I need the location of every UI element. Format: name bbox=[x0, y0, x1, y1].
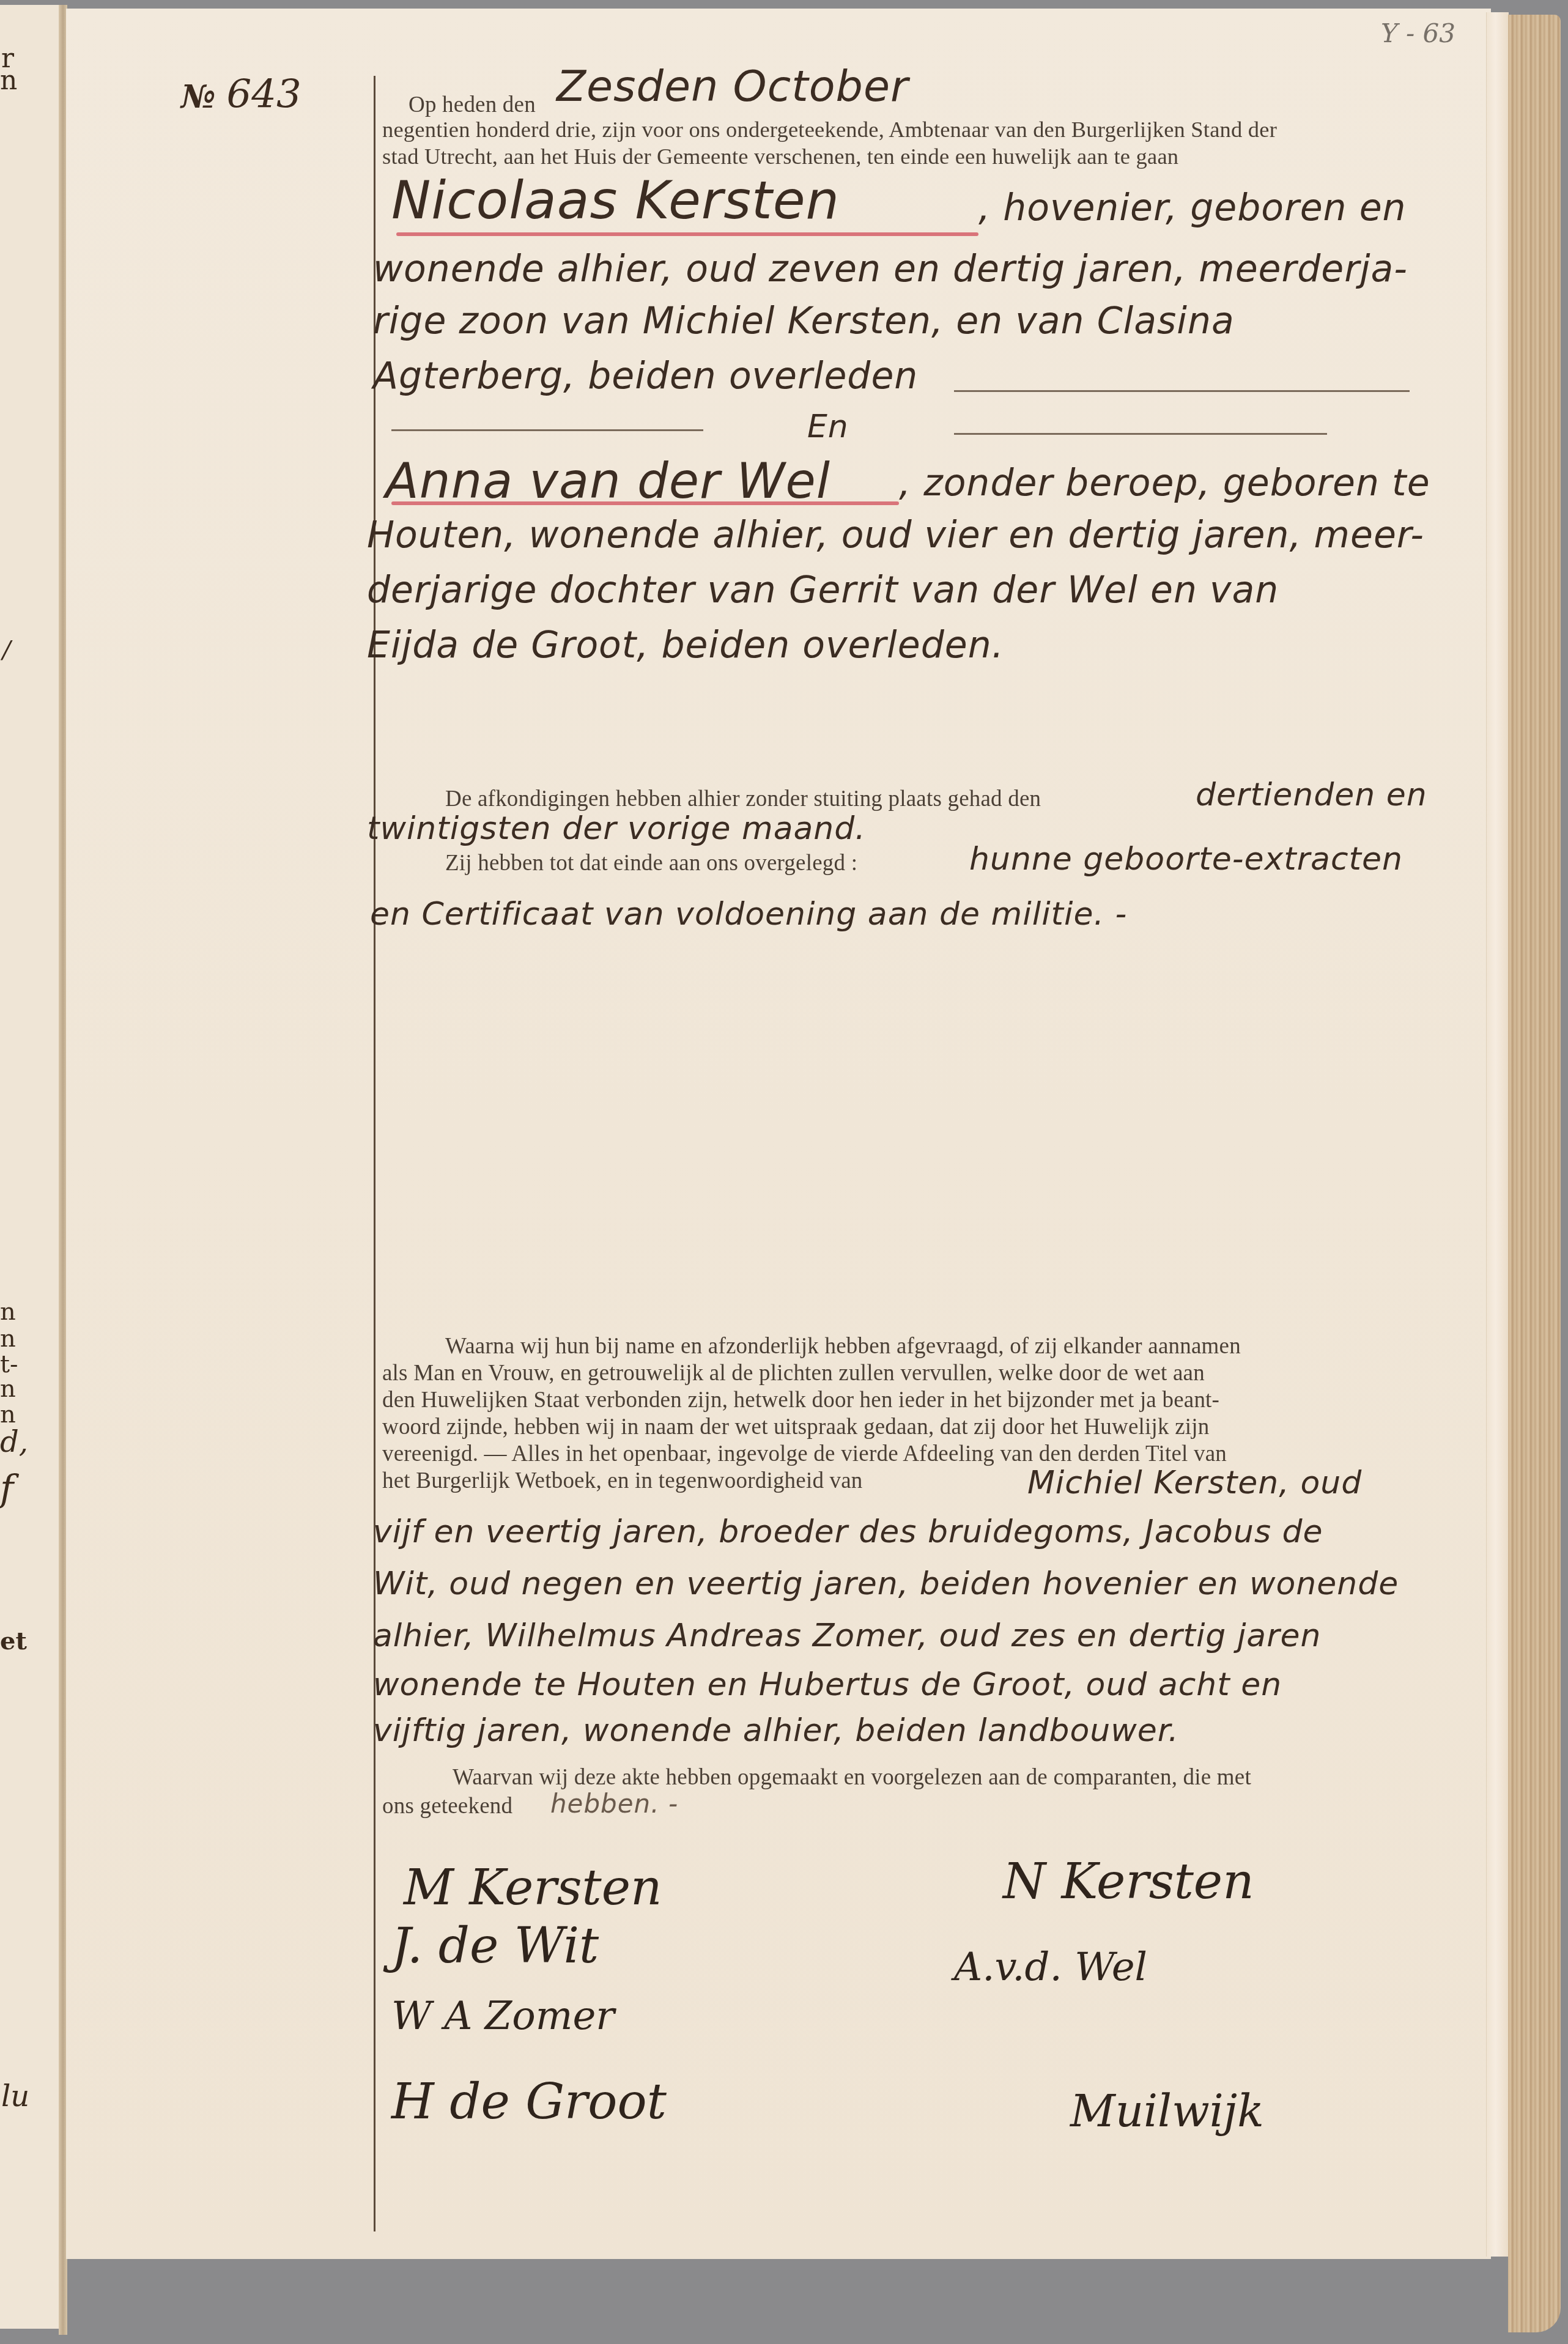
prev-page-fragment: / bbox=[2, 636, 10, 664]
closing-line-2: ons geteekend bbox=[382, 1793, 512, 1820]
groom-line-4: Agterberg, beiden overleden bbox=[373, 355, 918, 397]
prev-page-fragment: n bbox=[0, 1298, 16, 1326]
separator-rule-left bbox=[391, 429, 703, 431]
intro-printed-2: negentien honderd drie, zijn voor ons on… bbox=[382, 116, 1277, 143]
groom-line-3: rige zoon van Michiel Kersten, en van Cl… bbox=[373, 300, 1235, 342]
bride-name-underline bbox=[391, 501, 899, 505]
ceremony-line-2: als Man en Vrouw, en getrouwelijk al de … bbox=[382, 1360, 1205, 1387]
prev-page-fragment: n bbox=[0, 65, 17, 96]
date-handwritten: Zesden October bbox=[557, 61, 909, 111]
intro-printed-3: stad Utrecht, aan het Huis der Gemeente … bbox=[382, 143, 1178, 170]
groom-end-rule bbox=[954, 390, 1410, 392]
witness-line-0: Michiel Kersten, oud bbox=[1027, 1465, 1362, 1501]
signature-n-kersten: N Kersten bbox=[1003, 1853, 1254, 1910]
bride-line-3: derjarige dochter van Gerrit van der Wel… bbox=[367, 569, 1279, 612]
prev-page-fragment: d, bbox=[0, 1425, 28, 1459]
witness-line-1: vijf en veertig jaren, broeder des bruid… bbox=[373, 1514, 1323, 1550]
signature-registrar-muilwijk: Muilwijk bbox=[1070, 2085, 1264, 2137]
bride-line-2: Houten, wonende alhier, oud vier en dert… bbox=[367, 514, 1424, 556]
proclamations-hand-2: twintigsten der vorige maand. bbox=[367, 810, 866, 847]
signature-w-a-zomer: W A Zomer bbox=[391, 1994, 615, 2039]
intro-printed-1: Op heden den bbox=[409, 92, 536, 119]
documents-hand-2: en Certificaat van voldoening aan de mil… bbox=[370, 896, 1127, 933]
act-number-value: 643 bbox=[227, 72, 301, 117]
signature-j-de-wit: J. de Wit bbox=[391, 1917, 599, 1974]
page-fold bbox=[1486, 12, 1509, 2257]
bride-line-4: Eijda de Groot, beiden overleden. bbox=[367, 624, 1004, 667]
bride-line-1: , zonder beroep, geboren te bbox=[899, 462, 1430, 505]
documents-hand-1: hunne geboorte-extracten bbox=[969, 841, 1403, 878]
groom-name-underline bbox=[396, 232, 978, 236]
ceremony-line-4: woord zijnde, hebben wij in naam der wet… bbox=[382, 1414, 1209, 1441]
prev-page-fragment: n bbox=[0, 1375, 16, 1403]
closing-handwritten: hebben. - bbox=[550, 1789, 678, 1819]
page-reference: Y - 63 bbox=[1381, 18, 1455, 48]
ceremony-line-3: den Huwelijken Staat verbonden zijn, het… bbox=[382, 1387, 1219, 1414]
documents-printed: Zij hebben tot dat einde aan ons overgel… bbox=[445, 850, 857, 877]
ceremony-line-5: vereenigd. — Alles in het openbaar, inge… bbox=[382, 1441, 1227, 1468]
groom-line-2: wonende alhier, oud zeven en dertig jare… bbox=[373, 248, 1408, 290]
prev-page-fragment: et bbox=[0, 1627, 27, 1655]
book-page-edges bbox=[1508, 15, 1561, 2332]
document-page bbox=[66, 9, 1491, 2259]
ceremony-line-1: Waarna wij hun bij name en afzonderlijk … bbox=[445, 1333, 1241, 1360]
closing-line-1: Waarvan wij deze akte hebben opgemaakt e… bbox=[453, 1764, 1251, 1791]
act-number: №643 bbox=[181, 72, 301, 117]
separator-en: En bbox=[807, 409, 849, 445]
signature-m-kersten: M Kersten bbox=[404, 1859, 662, 1916]
prev-page-fragment: f bbox=[0, 1468, 13, 1510]
prev-page-fragment: n bbox=[0, 1325, 16, 1353]
groom-name: Nicolaas Kersten bbox=[391, 170, 840, 231]
proclamations-hand-1: dertienden en bbox=[1196, 777, 1427, 813]
separator-rule-right bbox=[954, 433, 1327, 435]
witness-line-2: Wit, oud negen en veertig jaren, beiden … bbox=[373, 1566, 1399, 1602]
prev-page-fragment: lu bbox=[1, 2079, 29, 2113]
witness-line-4: wonende te Houten en Hubertus de Groot, … bbox=[373, 1666, 1282, 1703]
signature-a-v-d-wel: A.v.d. Wel bbox=[954, 1945, 1147, 1990]
previous-page-edge bbox=[0, 5, 61, 2329]
proclamations-printed: De afkondigingen hebben alhier zonder st… bbox=[445, 786, 1041, 813]
ceremony-line-6: het Burgerlijk Wetboek, en in tegenwoord… bbox=[382, 1468, 863, 1495]
signature-h-de-groot: H de Groot bbox=[391, 2073, 667, 2130]
number-sign: № bbox=[181, 78, 216, 116]
groom-line-1: , hovenier, geboren en bbox=[978, 187, 1407, 229]
margin-rule bbox=[374, 76, 375, 2231]
witness-line-3: alhier, Wilhelmus Andreas Zomer, oud zes… bbox=[373, 1618, 1322, 1654]
witness-line-5: vijftig jaren, wonende alhier, beiden la… bbox=[373, 1712, 1179, 1749]
